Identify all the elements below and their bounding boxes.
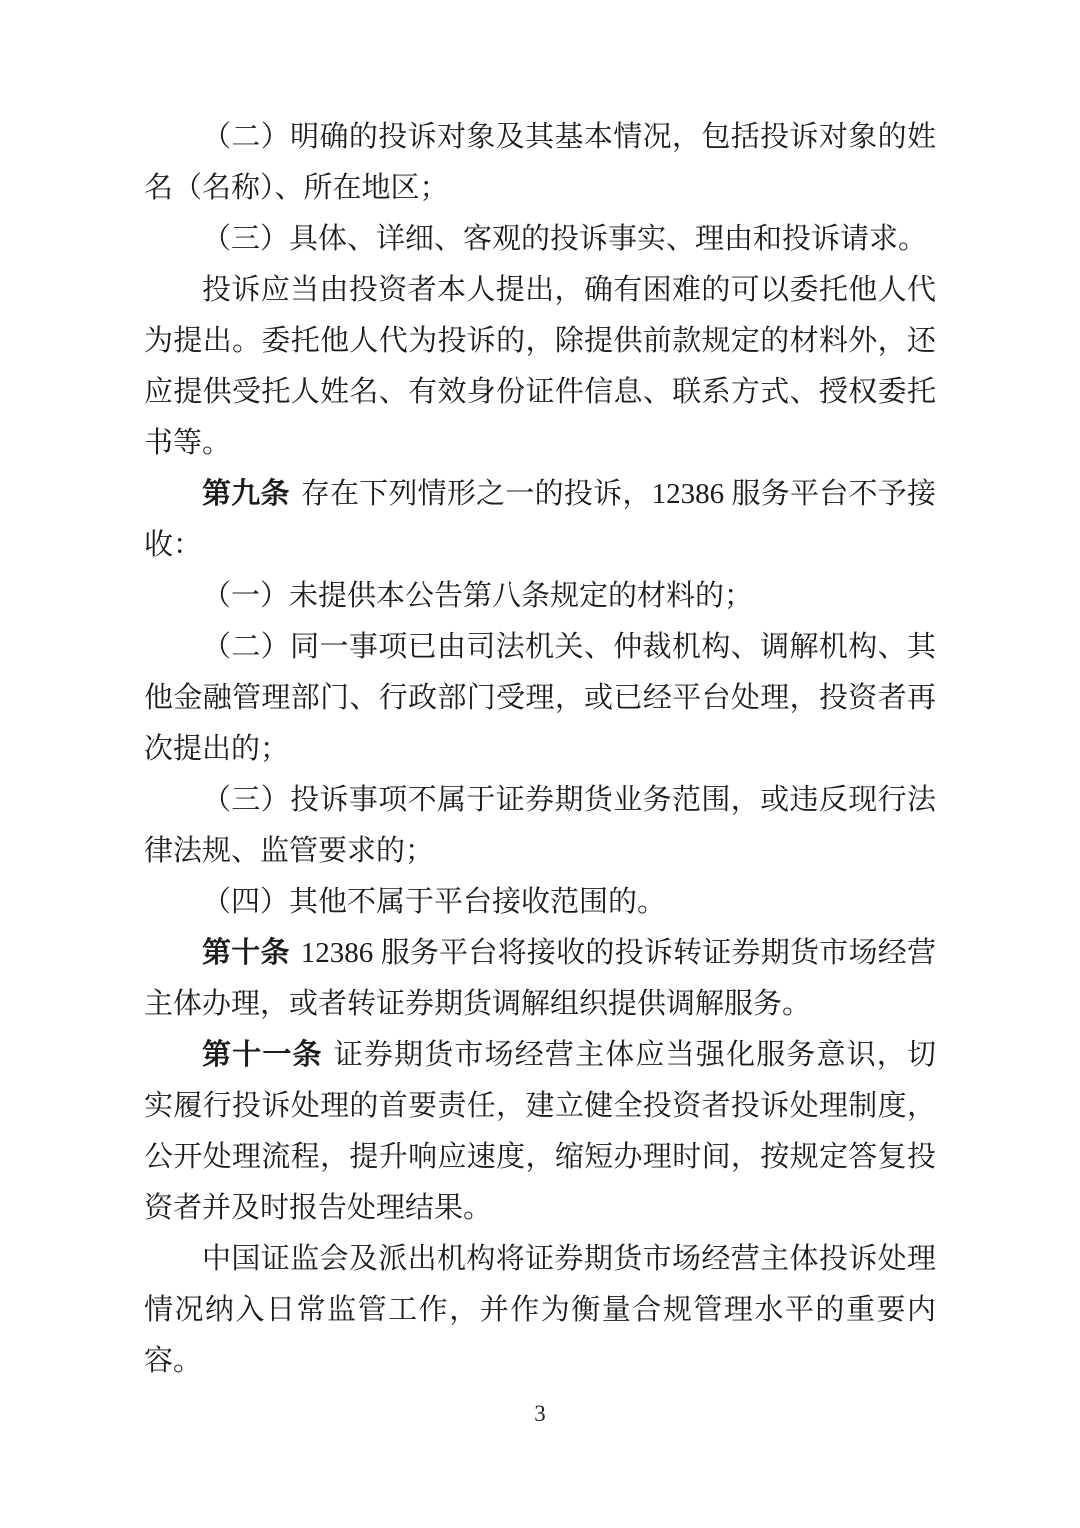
paragraph-csrc-supervision: 中国证监会及派出机构将证券期货市场经营主体投诉处理情况纳入日常监管工作，并作为衡… — [144, 1234, 936, 1387]
paragraph-item-2: （二）明确的投诉对象及其基本情况，包括投诉对象的姓名（名称）、所在地区； — [144, 112, 936, 214]
paragraph-article-11: 第十一条证券期货市场经营主体应当强化服务意识，切实履行投诉处理的首要责任，建立健… — [144, 1030, 936, 1234]
paragraph-proxy-complaint: 投诉应当由投资者本人提出，确有困难的可以委托他人代为提出。委托他人代为投诉的，除… — [144, 265, 936, 469]
paragraph-text: （一）未提供本公告第八条规定的材料的； — [202, 580, 753, 612]
paragraph-text: 中国证监会及派出机构将证券期货市场经营主体投诉处理情况纳入日常监管工作，并作为衡… — [144, 1243, 936, 1377]
paragraph-text: （三）具体、详细、客观的投诉事实、理由和投诉请求。 — [202, 223, 927, 255]
paragraph-text: （三）投诉事项不属于证券期货业务范围，或违反现行法律法规、监管要求的； — [144, 784, 936, 867]
document-body: （二）明确的投诉对象及其基本情况，包括投诉对象的姓名（名称）、所在地区； （三）… — [144, 112, 936, 1387]
article-11-heading: 第十一条 — [202, 1039, 323, 1071]
paragraph-item-4b: （四）其他不属于平台接收范围的。 — [144, 877, 936, 928]
paragraph-article-9: 第九条存在下列情形之一的投诉，12386 服务平台不予接收： — [144, 469, 936, 571]
page-number: 3 — [0, 1400, 1080, 1428]
paragraph-text: （二）明确的投诉对象及其基本情况，包括投诉对象的姓名（名称）、所在地区； — [144, 121, 936, 204]
paragraph-item-3: （三）具体、详细、客观的投诉事实、理由和投诉请求。 — [144, 214, 936, 265]
paragraph-item-2b: （二）同一事项已由司法机关、仲裁机构、调解机构、其他金融管理部门、行政部门受理，… — [144, 622, 936, 775]
paragraph-article-10: 第十条12386 服务平台将接收的投诉转证券期货市场经营主体办理，或者转证券期货… — [144, 928, 936, 1030]
paragraph-text: （二）同一事项已由司法机关、仲裁机构、调解机构、其他金融管理部门、行政部门受理，… — [144, 631, 936, 765]
document-page: （二）明确的投诉对象及其基本情况，包括投诉对象的姓名（名称）、所在地区； （三）… — [0, 0, 1080, 1528]
article-9-heading: 第九条 — [202, 478, 290, 510]
article-10-heading: 第十条 — [202, 937, 290, 969]
paragraph-text: 投诉应当由投资者本人提出，确有困难的可以委托他人代为提出。委托他人代为投诉的，除… — [144, 274, 936, 459]
paragraph-text: （四）其他不属于平台接收范围的。 — [202, 886, 666, 918]
paragraph-item-3b: （三）投诉事项不属于证券期货业务范围，或违反现行法律法规、监管要求的； — [144, 775, 936, 877]
paragraph-item-1: （一）未提供本公告第八条规定的材料的； — [144, 571, 936, 622]
